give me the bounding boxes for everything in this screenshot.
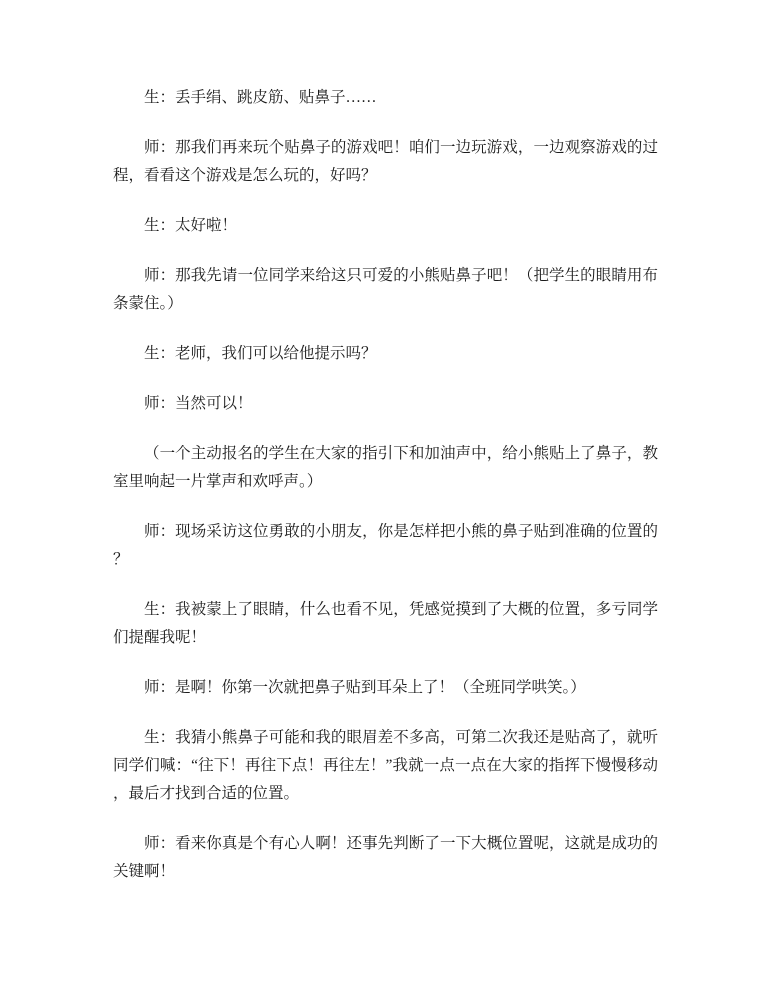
dialogue-paragraph: 生：老师，我们可以给他提示吗？ xyxy=(113,340,658,368)
dialogue-paragraph: 生：我猜小熊鼻子可能和我的眼眉差不多高，可第二次我还是贴高了，就听同学们喊：“往… xyxy=(113,724,658,808)
dialogue-paragraph: 生：太好啦！ xyxy=(113,212,658,240)
dialogue-paragraph: 生：我被蒙上了眼睛，什么也看不见，凭感觉摸到了大概的位置，多亏同学们提醒我呢！ xyxy=(113,596,658,652)
dialogue-transcript: 生：丢手绢、跳皮筋、贴鼻子……师：那我们再来玩个贴鼻子的游戏吧！咱们一边玩游戏，… xyxy=(113,84,658,886)
dialogue-paragraph: 生：丢手绢、跳皮筋、贴鼻子…… xyxy=(113,84,658,112)
dialogue-paragraph: 师：当然可以！ xyxy=(113,390,658,418)
dialogue-paragraph: 师：是啊！你第一次就把鼻子贴到耳朵上了！（全班同学哄笑。） xyxy=(113,674,658,702)
dialogue-paragraph: （一个主动报名的学生在大家的指引下和加油声中，给小熊贴上了鼻子，教室里响起一片掌… xyxy=(113,440,658,496)
document-page: 生：丢手绢、跳皮筋、贴鼻子……师：那我们再来玩个贴鼻子的游戏吧！咱们一边玩游戏，… xyxy=(0,0,770,1000)
dialogue-paragraph: 师：那我们再来玩个贴鼻子的游戏吧！咱们一边玩游戏，一边观察游戏的过程，看看这个游… xyxy=(113,134,658,190)
dialogue-paragraph: 师：那我先请一位同学来给这只可爱的小熊贴鼻子吧！（把学生的眼睛用布条蒙住。） xyxy=(113,262,658,318)
dialogue-paragraph: 师：看来你真是个有心人啊！还事先判断了一下大概位置呢，这就是成功的关键啊！ xyxy=(113,830,658,886)
dialogue-paragraph: 师：现场采访这位勇敢的小朋友，你是怎样把小熊的鼻子贴到准确的位置的？ xyxy=(113,518,658,574)
